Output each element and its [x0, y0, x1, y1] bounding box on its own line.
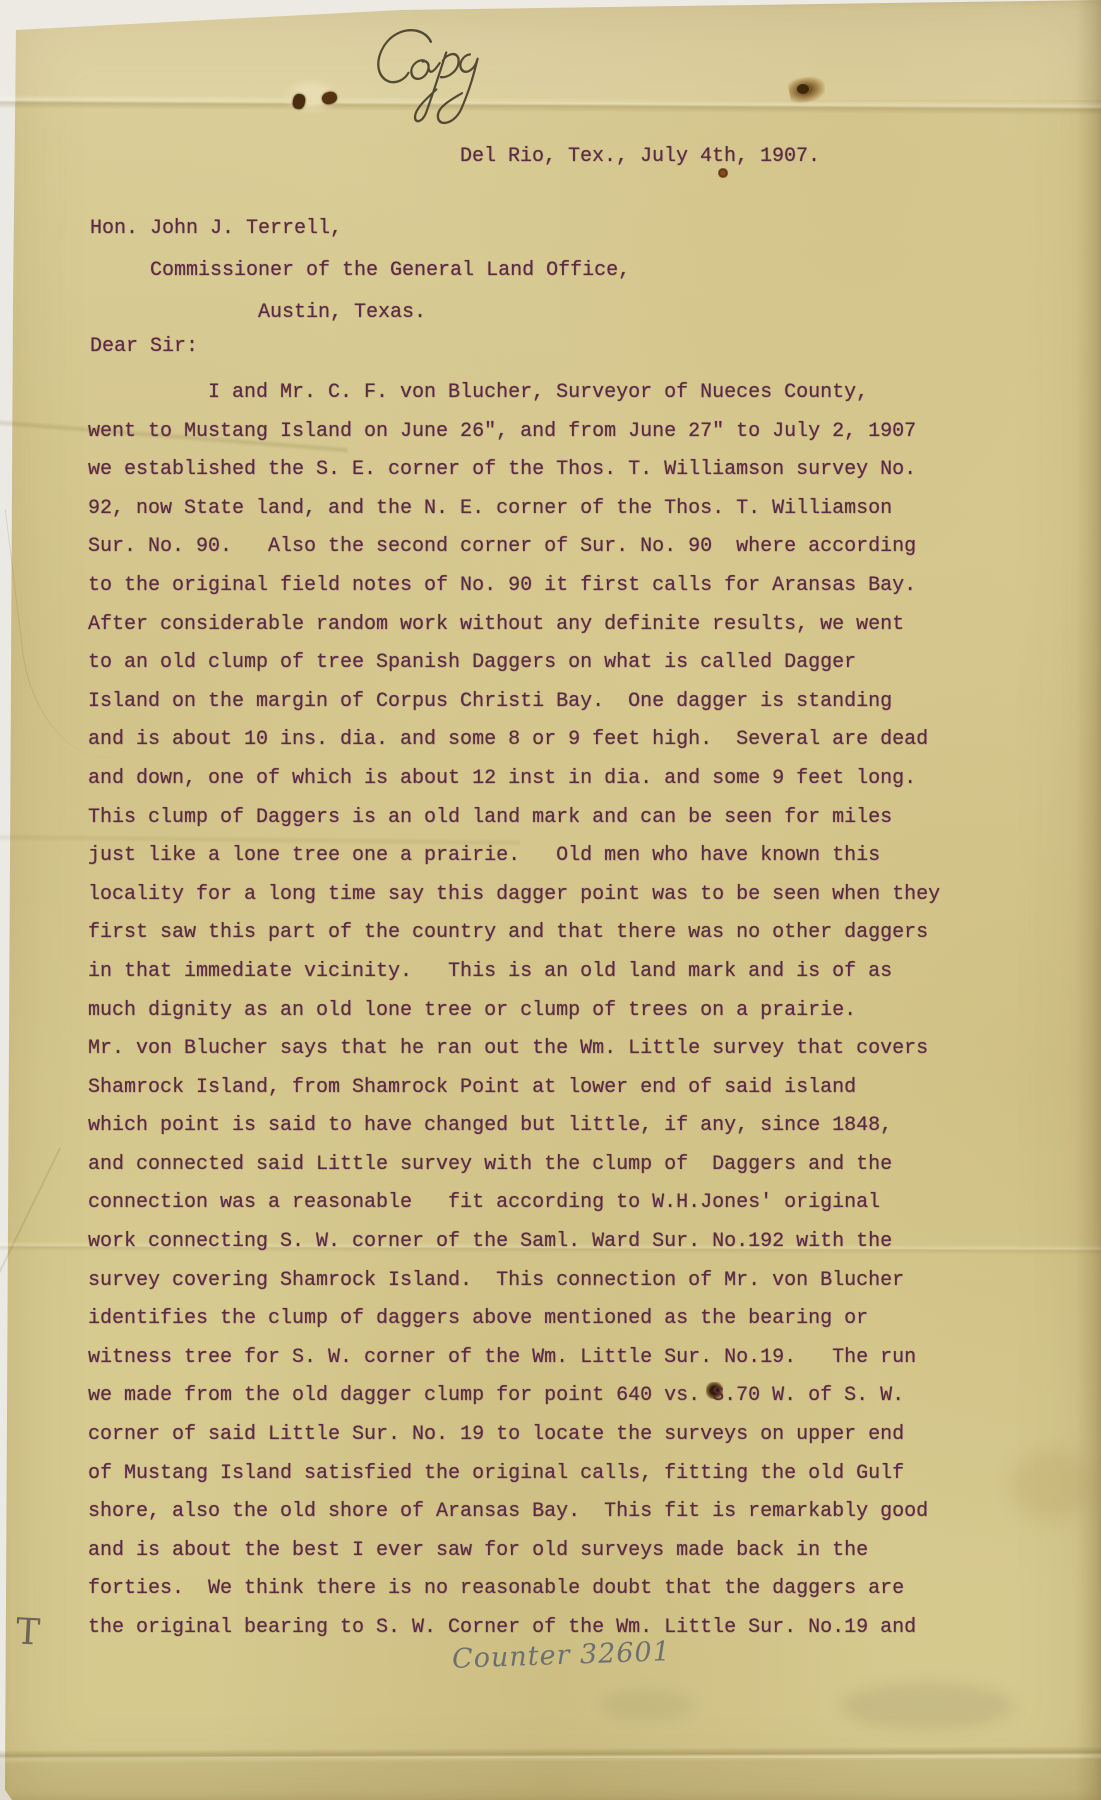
- scanned-letter-page: Del Rio, Tex., July 4th, 1907. Hon. John…: [0, 0, 1101, 1800]
- dateline: Del Rio, Tex., July 4th, 1907.: [460, 146, 820, 168]
- copy-stroke-c: [377, 28, 431, 83]
- margin-mark-t: T: [15, 1611, 41, 1653]
- recipient-block: Hon. John J. Terrell, Commissioner of th…: [90, 208, 630, 334]
- copy-handwritten-annotation: [342, 12, 517, 143]
- salutation: Dear Sir:: [90, 336, 198, 358]
- copy-stroke-o: [411, 59, 440, 80]
- letter-body: I and Mr. C. F. von Blucher, Surveyor of…: [88, 374, 940, 1648]
- copy-stroke-p: [415, 51, 459, 121]
